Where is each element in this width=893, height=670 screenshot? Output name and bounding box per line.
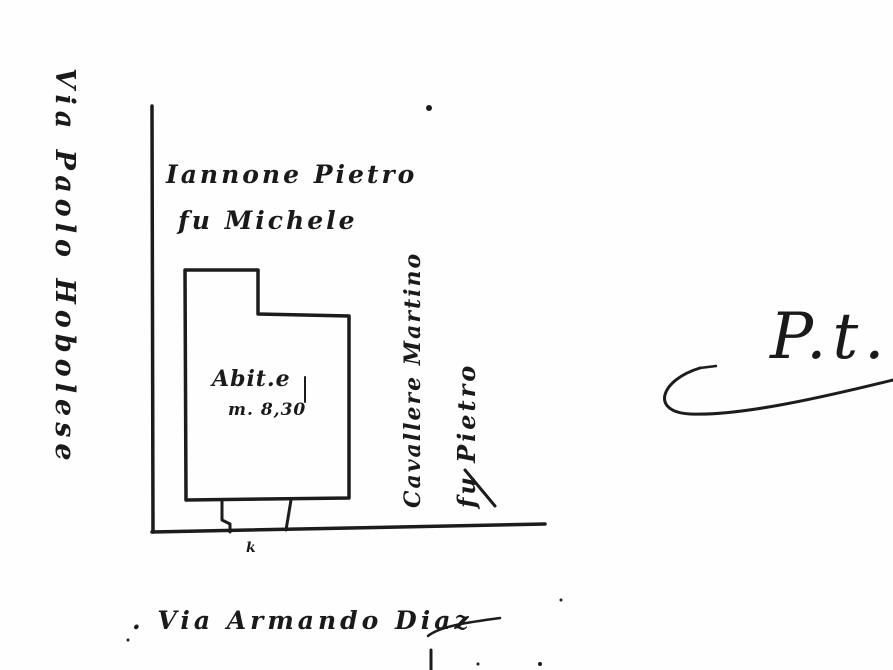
signature-flourish <box>665 368 893 414</box>
owner-right-lineage: fu Pietro <box>452 363 481 508</box>
ink-dot-bottom-1 <box>477 663 480 666</box>
unit-label: Abit.e <box>212 366 291 392</box>
signature: P.t. <box>770 300 891 374</box>
signature-flourish-tail <box>700 366 716 368</box>
entrance-mark: k <box>246 540 257 556</box>
owner-top-lineage: fu Michele <box>178 206 358 235</box>
scanned-document: Via Paolo Hobolese Iannone Pietro fu Mic… <box>0 0 893 670</box>
floor-plan-drawing <box>0 0 893 670</box>
street-label-bottom: . Via Armando Diaz <box>132 606 473 635</box>
owner-top-name: Iannone Pietro <box>166 160 417 189</box>
ink-dot-bottom-right <box>560 599 563 602</box>
ink-dot-bottom-2 <box>538 662 542 666</box>
entrance-post-left <box>222 500 230 532</box>
unit-measure: m. 8,30 <box>228 400 306 420</box>
left-boundary-line <box>152 106 153 532</box>
ink-dot-bottom-left <box>127 639 130 642</box>
entrance-post-right <box>286 500 291 530</box>
street-boundary-line <box>152 524 545 532</box>
street-label-left: Via Paolo Hobolese <box>49 68 80 467</box>
owner-right-name: Cavallere Martino <box>400 252 426 508</box>
ink-dot-top <box>426 105 432 111</box>
